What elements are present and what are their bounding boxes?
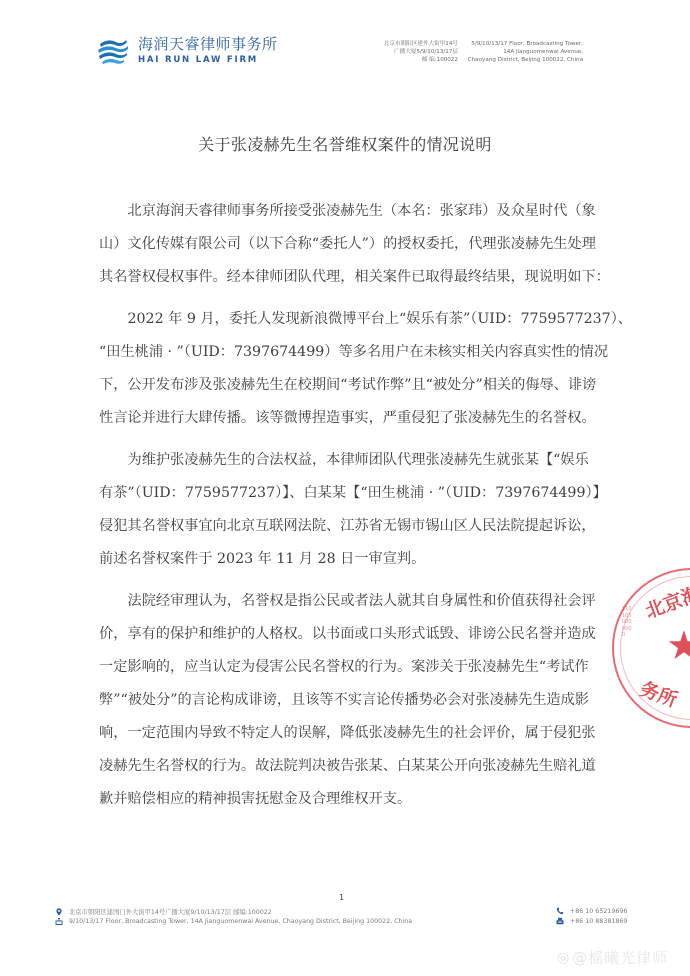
paragraph-engagement: 北京海润天睿律师事务所接受张凌赫先生（本名：张家玮）及众星时代（象 山）文化传媒… xyxy=(99,195,599,294)
paragraph-facts: 2022 年 9 月，委托人发现新浪微博平台上“娱乐有茶”（UID：775957… xyxy=(99,303,599,435)
header-address-en-line: 14A Jianguomenwai Avenue, xyxy=(463,48,583,56)
text-line: 北京海润天睿律师事务所接受张凌赫先生（本名：张家玮）及众星时代（象 xyxy=(99,195,599,228)
firm-name-en: HAI RUN LAW FIRM xyxy=(138,54,278,66)
text-line: 山）文化传媒有限公司（以下合称“委托人”）的授权委托，代理张凌赫先生处理 xyxy=(99,228,599,261)
weibo-icon: ◎ xyxy=(557,950,570,966)
text-line: 为维护张凌赫先生的合法权益，本律师团队代理张凌赫先生就张某【“娱乐 xyxy=(99,444,599,477)
watermark-handle: @榣曦光律师 xyxy=(572,947,668,968)
paragraph-judgment: 法院经审理认为，名誉权是指公民或者法人就其自身属性和价值获得社会评 价，享有的保… xyxy=(99,585,599,816)
header-address-cn-line: 北京市朝阳区建外大街甲14号 xyxy=(378,40,458,48)
text-line: 前述名誉权案件于 2023 年 11 月 28 日一审宣判。 xyxy=(99,543,599,576)
page-number: 1 xyxy=(339,893,344,902)
fax-icon xyxy=(556,917,564,925)
text-line: 一定影响的，应当认定为侵害公民名誉权的行为。案涉关于张凌赫先生“考试作 xyxy=(99,651,599,684)
footer-tel-row: +86 10 65219696 xyxy=(556,907,627,915)
header-address-en-line: 5/9/10/13/17 Floor, Broadcasting Tower, xyxy=(463,40,583,48)
text-line: 下，公开发布涉及张凌赫先生在校期间“考试作弊”且“被处分”相关的侮辱、诽谤 xyxy=(99,369,599,402)
official-seal: 北京海 ★ 1101050000000 务所 xyxy=(612,568,690,728)
phone-icon xyxy=(556,907,564,915)
text-line: 凌赫先生名誉权的行为。故法院判决被告张某、白某某公开向张凌赫先生赔礼道 xyxy=(99,750,599,783)
text-line: 侵犯其名誉权事宜向北京互联网法院、江苏省无锡市锡山区人民法院提起诉讼， xyxy=(99,510,599,543)
text-line: 有茶”（UID：7759577237）】、白某某【“田生桃浦 · ”（UID：7… xyxy=(99,477,599,510)
building-icon xyxy=(55,917,63,925)
text-line: 响，一定范围内导致不特定人的误解，降低张凌赫先生的社会评价，属于侵犯张 xyxy=(99,717,599,750)
seal-serial: 1101050000000 xyxy=(622,606,634,639)
firm-name-cn: 海润天睿律师事务所 xyxy=(138,36,278,53)
header-address-cn-line: 广播大厦5/9/10/13/17层 xyxy=(378,48,458,56)
weibo-watermark: ◎ @榣曦光律师 xyxy=(557,947,668,968)
document-title: 关于张凌赫先生名誉维权案件的情况说明 xyxy=(0,132,690,155)
header-address-en-line: Chaoyang District, Beijing 100022, China xyxy=(463,56,583,64)
footer-address-en: 9/10/13/17 Floor, Broadcasting Tower, 14… xyxy=(69,918,412,925)
letterhead: 海润天睿律师事务所 HAI RUN LAW FIRM 北京市朝阳区建外大街甲14… xyxy=(0,0,690,90)
text-line: 法院经审理认为，名誉权是指公民或者法人就其自身属性和价值获得社会评 xyxy=(99,585,599,618)
footer-address-cn-row: 北京市朝阳区建国门外大街甲14号广播大厦9/10/13/17层 邮编:10002… xyxy=(55,907,272,916)
footer-address-cn: 北京市朝阳区建国门外大街甲14号广播大厦9/10/13/17层 邮编:10002… xyxy=(69,907,272,916)
header-address-cn: 北京市朝阳区建外大街甲14号 广播大厦5/9/10/13/17层 邮 编:100… xyxy=(378,40,458,64)
seal-star-icon: ★ xyxy=(666,626,690,666)
footer-fax: +86 10 88381869 xyxy=(570,918,627,925)
header-postcode: 邮 编:100022 xyxy=(378,56,458,64)
footer-fax-row: +86 10 88381869 xyxy=(556,917,627,925)
location-pin-icon xyxy=(55,908,63,916)
firm-name-block: 海润天睿律师事务所 HAI RUN LAW FIRM xyxy=(138,36,278,66)
letterhead-footer: 北京市朝阳区建国门外大街甲14号广播大厦9/10/13/17层 邮编:10002… xyxy=(0,904,690,934)
hai-run-wave-logo-icon xyxy=(96,36,130,66)
text-line: 2022 年 9 月，委托人发现新浪微博平台上“娱乐有茶”（UID：775957… xyxy=(99,303,599,336)
text-line: “田生桃浦 · ”（UID：7397674499）等多名用户在未核实相关内容真实… xyxy=(99,336,599,369)
text-line: 价，享有的保护和维护的人格权。以书面或口头形式诋毁、诽谤公民名誉并造成 xyxy=(99,618,599,651)
text-line: 歉并赔偿相应的精神损害抚慰金及合理维权开支。 xyxy=(99,783,599,816)
text-line: 弊”“被处分”的言论构成诽谤，且该等不实言论传播势必会对张凌赫先生造成影 xyxy=(99,684,599,717)
footer-address-en-row: 9/10/13/17 Floor, Broadcasting Tower, 14… xyxy=(55,917,412,925)
footer-tel: +86 10 65219696 xyxy=(570,908,627,915)
header-address-en: 5/9/10/13/17 Floor, Broadcasting Tower, … xyxy=(463,40,583,64)
text-line: 性言论并进行大肆传播。该等微博捏造事实，严重侵犯了张凌赫先生的名誉权。 xyxy=(99,402,599,435)
firm-logo: 海润天睿律师事务所 HAI RUN LAW FIRM xyxy=(96,36,278,66)
document-body: 北京海润天睿律师事务所接受张凌赫先生（本名：张家玮）及众星时代（象 山）文化传媒… xyxy=(99,195,599,825)
text-line: 其名誉权侵权事件。经本律师团队代理，相关案件已取得最终结果，现说明如下： xyxy=(99,261,599,294)
paragraph-litigation: 为维护张凌赫先生的合法权益，本律师团队代理张凌赫先生就张某【“娱乐 有茶”（UI… xyxy=(99,444,599,576)
